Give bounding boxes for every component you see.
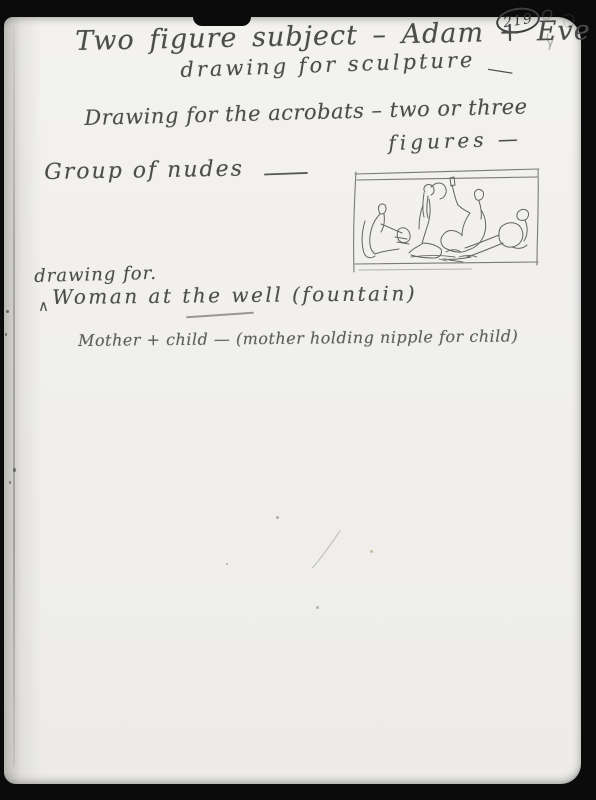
pencil-dash: — [261, 154, 310, 189]
paper-speck [276, 516, 279, 519]
paper-speck [9, 481, 11, 484]
paper-speck [370, 550, 373, 553]
paper-speck [316, 606, 319, 609]
note-woman-at-the-well: Woman at the well (fountain) [52, 281, 417, 309]
sketch-frame [354, 169, 539, 272]
sketch-figure-raised-arm [441, 177, 486, 252]
binding-gutter [4, 17, 42, 784]
paper-speck [226, 563, 228, 565]
figure-group-sketch [350, 164, 542, 276]
paper-crease [308, 528, 348, 572]
note-group-of-nudes: Group of nudes [44, 157, 244, 185]
sketch-figure-kneeling-woman [409, 183, 446, 258]
paper-speck [13, 468, 16, 472]
paper-speck [6, 310, 9, 313]
crease-line [312, 531, 340, 568]
sketch-figure-seated-left [362, 204, 410, 258]
insertion-caret: ∧ [38, 297, 49, 315]
sketch-foreground-legs [411, 250, 477, 262]
pencil-dash: — [485, 58, 515, 83]
paper-speck [5, 333, 7, 336]
scanned-sketchbook-page: 219 Two figure subject – Adam + Eve draw… [0, 0, 596, 800]
note-figures: figures — [388, 126, 522, 155]
